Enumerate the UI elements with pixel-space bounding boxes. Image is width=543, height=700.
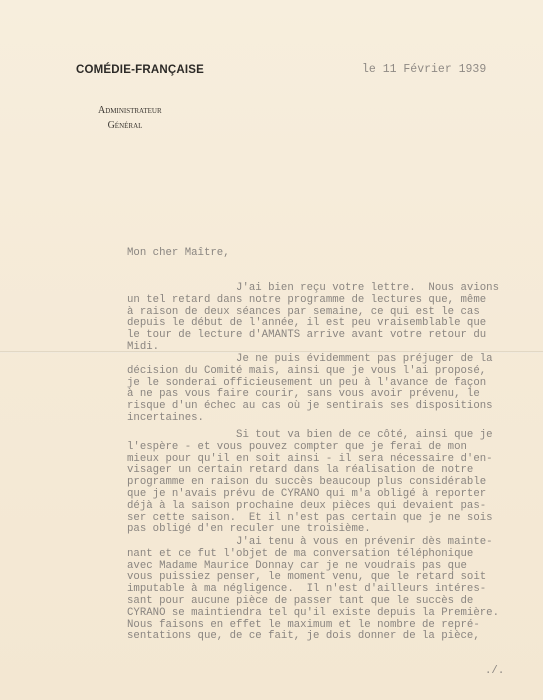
continuation-mark: ./. [485, 665, 504, 677]
letterhead-organization: COMÉDIE-FRANÇAISE [76, 64, 204, 76]
paragraph-1: J'ai bien reçu votre lettre. Nous avions… [127, 283, 499, 354]
letterhead-title: Administrateur Général [98, 103, 152, 133]
letterhead-title-line2: Général [98, 118, 152, 133]
letter-date: le 11 Février 1939 [362, 63, 486, 76]
paragraph-2: Je ne puis évidemment pas préjuger de la… [127, 354, 493, 425]
paragraph-4: J'ai tenu à vous en prévenir dès mainte-… [127, 537, 499, 643]
salutation: Mon cher Maître, [127, 248, 230, 260]
letterhead-title-line1: Administrateur [98, 103, 152, 118]
paragraph-3: Si tout va bien de ce côté, ainsi que je… [127, 430, 493, 536]
